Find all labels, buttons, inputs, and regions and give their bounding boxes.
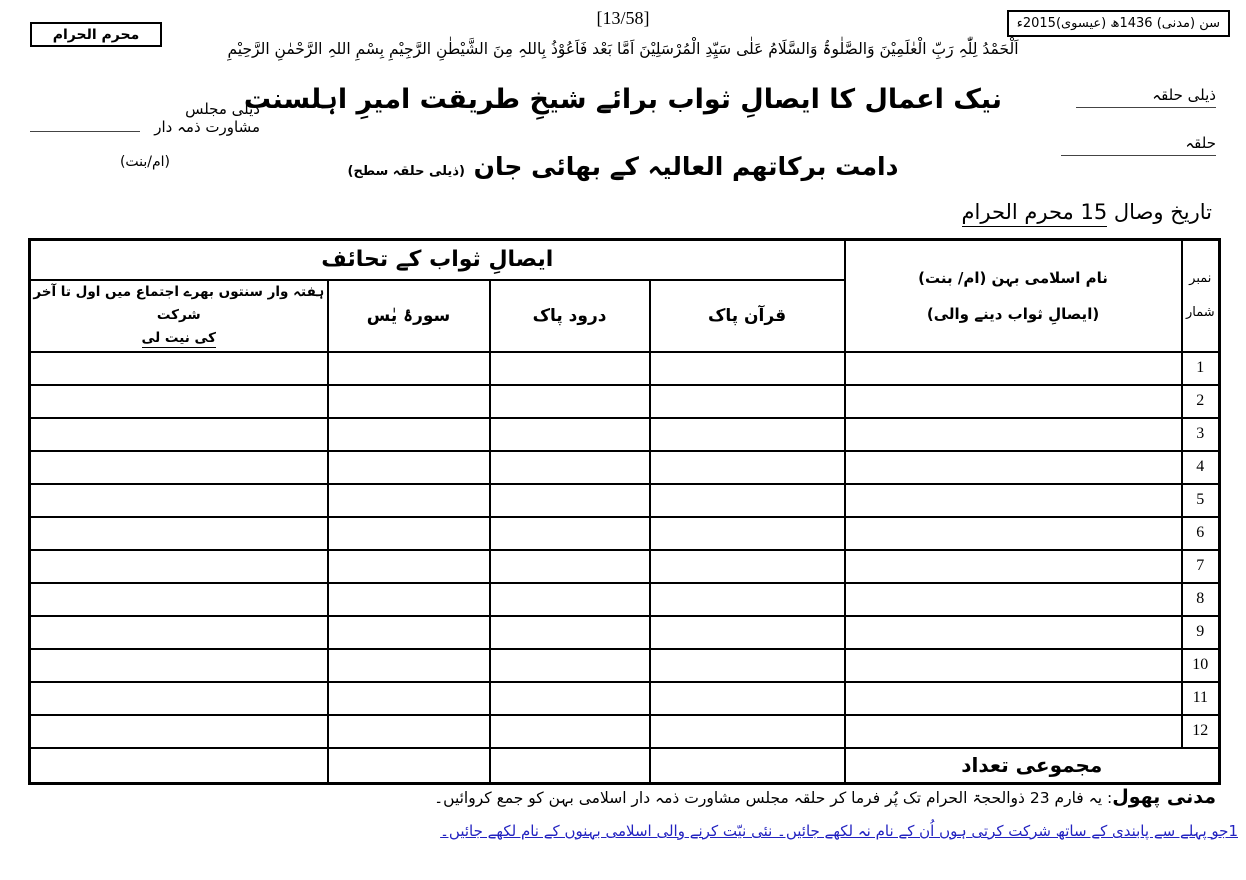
name-cell[interactable]: [845, 352, 1182, 385]
column-header-weekly-ijtima: ہفتہ وار سنتوں بھرے اجتماع میں اول تا آخ…: [30, 280, 328, 352]
quran-cell[interactable]: [650, 484, 845, 517]
table-row: 7: [30, 550, 1220, 583]
weekly-cell[interactable]: [30, 418, 328, 451]
name-cell[interactable]: [845, 451, 1182, 484]
name-cell[interactable]: [845, 517, 1182, 550]
name-header-line2: (ایصالِ ثواب دینے والی): [927, 305, 1099, 323]
weekly-cell[interactable]: [30, 352, 328, 385]
name-cell[interactable]: [845, 682, 1182, 715]
yasin-cell[interactable]: [328, 418, 490, 451]
column-header-yasin: سورۂ یٰس: [328, 280, 490, 352]
zimmadar-input[interactable]: [30, 130, 140, 132]
wisal-date-line: تاریخ وصال 15 محرم الحرام: [962, 200, 1212, 224]
serial-header-line2: شمار: [1186, 305, 1215, 320]
row-number: 3: [1182, 418, 1220, 451]
name-cell[interactable]: [845, 583, 1182, 616]
durood-cell[interactable]: [490, 616, 650, 649]
yasin-cell[interactable]: [328, 616, 490, 649]
quran-cell[interactable]: [650, 616, 845, 649]
weekly-cell[interactable]: [30, 550, 328, 583]
yasin-cell[interactable]: [328, 682, 490, 715]
name-cell[interactable]: [845, 715, 1182, 748]
name-cell[interactable]: [845, 385, 1182, 418]
form-title: نیک اعمال کا ایصالِ ثواب برائے شیخِ طریق…: [0, 84, 1246, 115]
durood-cell[interactable]: [490, 352, 650, 385]
table-row: 8: [30, 583, 1220, 616]
form-subtitle-note: (ذیلی حلقہ سطح): [348, 164, 465, 179]
halqa-label: حلقہ: [1036, 134, 1216, 152]
madani-phool-note: مدنی پھول: یہ فارم 23 ذوالحجۃ الحرام تک …: [434, 786, 1216, 808]
sawab-table: نمبر شمار نام اسلامی بہن (ام/ بنت) (ایصا…: [28, 238, 1221, 785]
table-row: 4: [30, 451, 1220, 484]
yasin-cell[interactable]: [328, 451, 490, 484]
yasin-cell[interactable]: [328, 385, 490, 418]
quran-cell[interactable]: [650, 517, 845, 550]
table-row: 10: [30, 649, 1220, 682]
quran-cell[interactable]: [650, 451, 845, 484]
weekly-cell[interactable]: [30, 649, 328, 682]
quran-cell[interactable]: [650, 352, 845, 385]
column-header-name: نام اسلامی بہن (ام/ بنت) (ایصالِ ثواب دی…: [845, 240, 1182, 352]
name-cell[interactable]: [845, 550, 1182, 583]
total-quran-cell[interactable]: [650, 748, 845, 784]
row-number: 6: [1182, 517, 1220, 550]
serial-header-line1: نمبر: [1189, 271, 1211, 286]
durood-cell[interactable]: [490, 385, 650, 418]
form-subtitle-text: دامت برکاتھم العالیہ کے بھائی جان: [474, 152, 899, 181]
weekly-cell[interactable]: [30, 616, 328, 649]
quran-cell[interactable]: [650, 385, 845, 418]
weekly-cell[interactable]: [30, 715, 328, 748]
durood-cell[interactable]: [490, 517, 650, 550]
weekly-cell[interactable]: [30, 517, 328, 550]
yasin-cell[interactable]: [328, 715, 490, 748]
weekly-cell[interactable]: [30, 385, 328, 418]
weekly-header-line1: ہفتہ وار سنتوں بھرے اجتماع میں اول تا آخ…: [33, 284, 324, 323]
total-weekly-cell[interactable]: [30, 748, 328, 784]
weekly-cell[interactable]: [30, 583, 328, 616]
row-number: 11: [1182, 682, 1220, 715]
total-yasin-cell[interactable]: [328, 748, 490, 784]
yasin-cell[interactable]: [328, 583, 490, 616]
table-row: 9: [30, 616, 1220, 649]
weekly-cell[interactable]: [30, 682, 328, 715]
row-number: 10: [1182, 649, 1220, 682]
total-row: مجموعی تعداد: [30, 748, 1220, 784]
form-page: [13/58] محرم الحرام سن (مدنی) 1436ھ (عیس…: [0, 0, 1246, 880]
durood-cell[interactable]: [490, 418, 650, 451]
column-header-durood: درود پاک: [490, 280, 650, 352]
row-number: 9: [1182, 616, 1220, 649]
wisal-date-label: تاریخ وصال: [1114, 200, 1212, 224]
quran-cell[interactable]: [650, 550, 845, 583]
name-cell[interactable]: [845, 616, 1182, 649]
row-number: 12: [1182, 715, 1220, 748]
durood-cell[interactable]: [490, 451, 650, 484]
durood-cell[interactable]: [490, 550, 650, 583]
weekly-header-line2: کی نیت لی: [142, 330, 217, 348]
name-cell[interactable]: [845, 649, 1182, 682]
durood-cell[interactable]: [490, 484, 650, 517]
yasin-cell[interactable]: [328, 352, 490, 385]
table-row: 5: [30, 484, 1220, 517]
durood-cell[interactable]: [490, 649, 650, 682]
yasin-cell[interactable]: [328, 517, 490, 550]
column-header-serial: نمبر شمار: [1182, 240, 1220, 352]
quran-cell[interactable]: [650, 682, 845, 715]
table-row: 1: [30, 352, 1220, 385]
name-cell[interactable]: [845, 484, 1182, 517]
row-number: 1: [1182, 352, 1220, 385]
row-number: 8: [1182, 583, 1220, 616]
row-number: 4: [1182, 451, 1220, 484]
form-subtitle: دامت برکاتھم العالیہ کے بھائی جان (ذیلی …: [0, 152, 1246, 181]
total-label: مجموعی تعداد: [845, 748, 1220, 784]
yasin-cell[interactable]: [328, 649, 490, 682]
name-cell[interactable]: [845, 418, 1182, 451]
weekly-cell[interactable]: [30, 484, 328, 517]
durood-cell[interactable]: [490, 715, 650, 748]
yasin-cell[interactable]: [328, 550, 490, 583]
durood-cell[interactable]: [490, 583, 650, 616]
hamd-line: اَلْحَمْدُ لِلّٰہِ رَبِّ الْعٰلَمِیْنَ و…: [0, 40, 1246, 58]
durood-cell[interactable]: [490, 682, 650, 715]
madani-phool-text: : یہ فارم 23 ذوالحجۃ الحرام تک پُر فرما …: [434, 789, 1112, 807]
row-number: 7: [1182, 550, 1220, 583]
madani-phool-label: مدنی پھول: [1112, 786, 1216, 808]
yasin-cell[interactable]: [328, 484, 490, 517]
quran-cell[interactable]: [650, 583, 845, 616]
table-row: 11: [30, 682, 1220, 715]
table-row: 2: [30, 385, 1220, 418]
column-header-quran: قرآن پاک: [650, 280, 845, 352]
quran-cell[interactable]: [650, 715, 845, 748]
table-row: 6: [30, 517, 1220, 550]
footnote-blue: 1جو پہلے سے پابندی کے ساتھ شرکت کرتی ہوں…: [440, 822, 1238, 840]
weekly-cell[interactable]: [30, 451, 328, 484]
table-row: 3: [30, 418, 1220, 451]
gifts-header: ایصالِ ثواب کے تحائف: [30, 240, 845, 280]
quran-cell[interactable]: [650, 649, 845, 682]
wisal-date-value: 15 محرم الحرام: [962, 200, 1108, 227]
row-number: 5: [1182, 484, 1220, 517]
year-box: سن (مدنی) 1436ھ (عیسوی)2015ء: [1007, 10, 1230, 37]
table-row: 12: [30, 715, 1220, 748]
total-durood-cell[interactable]: [490, 748, 650, 784]
quran-cell[interactable]: [650, 418, 845, 451]
name-header-line1: نام اسلامی بہن (ام/ بنت): [918, 269, 1108, 287]
row-number: 2: [1182, 385, 1220, 418]
